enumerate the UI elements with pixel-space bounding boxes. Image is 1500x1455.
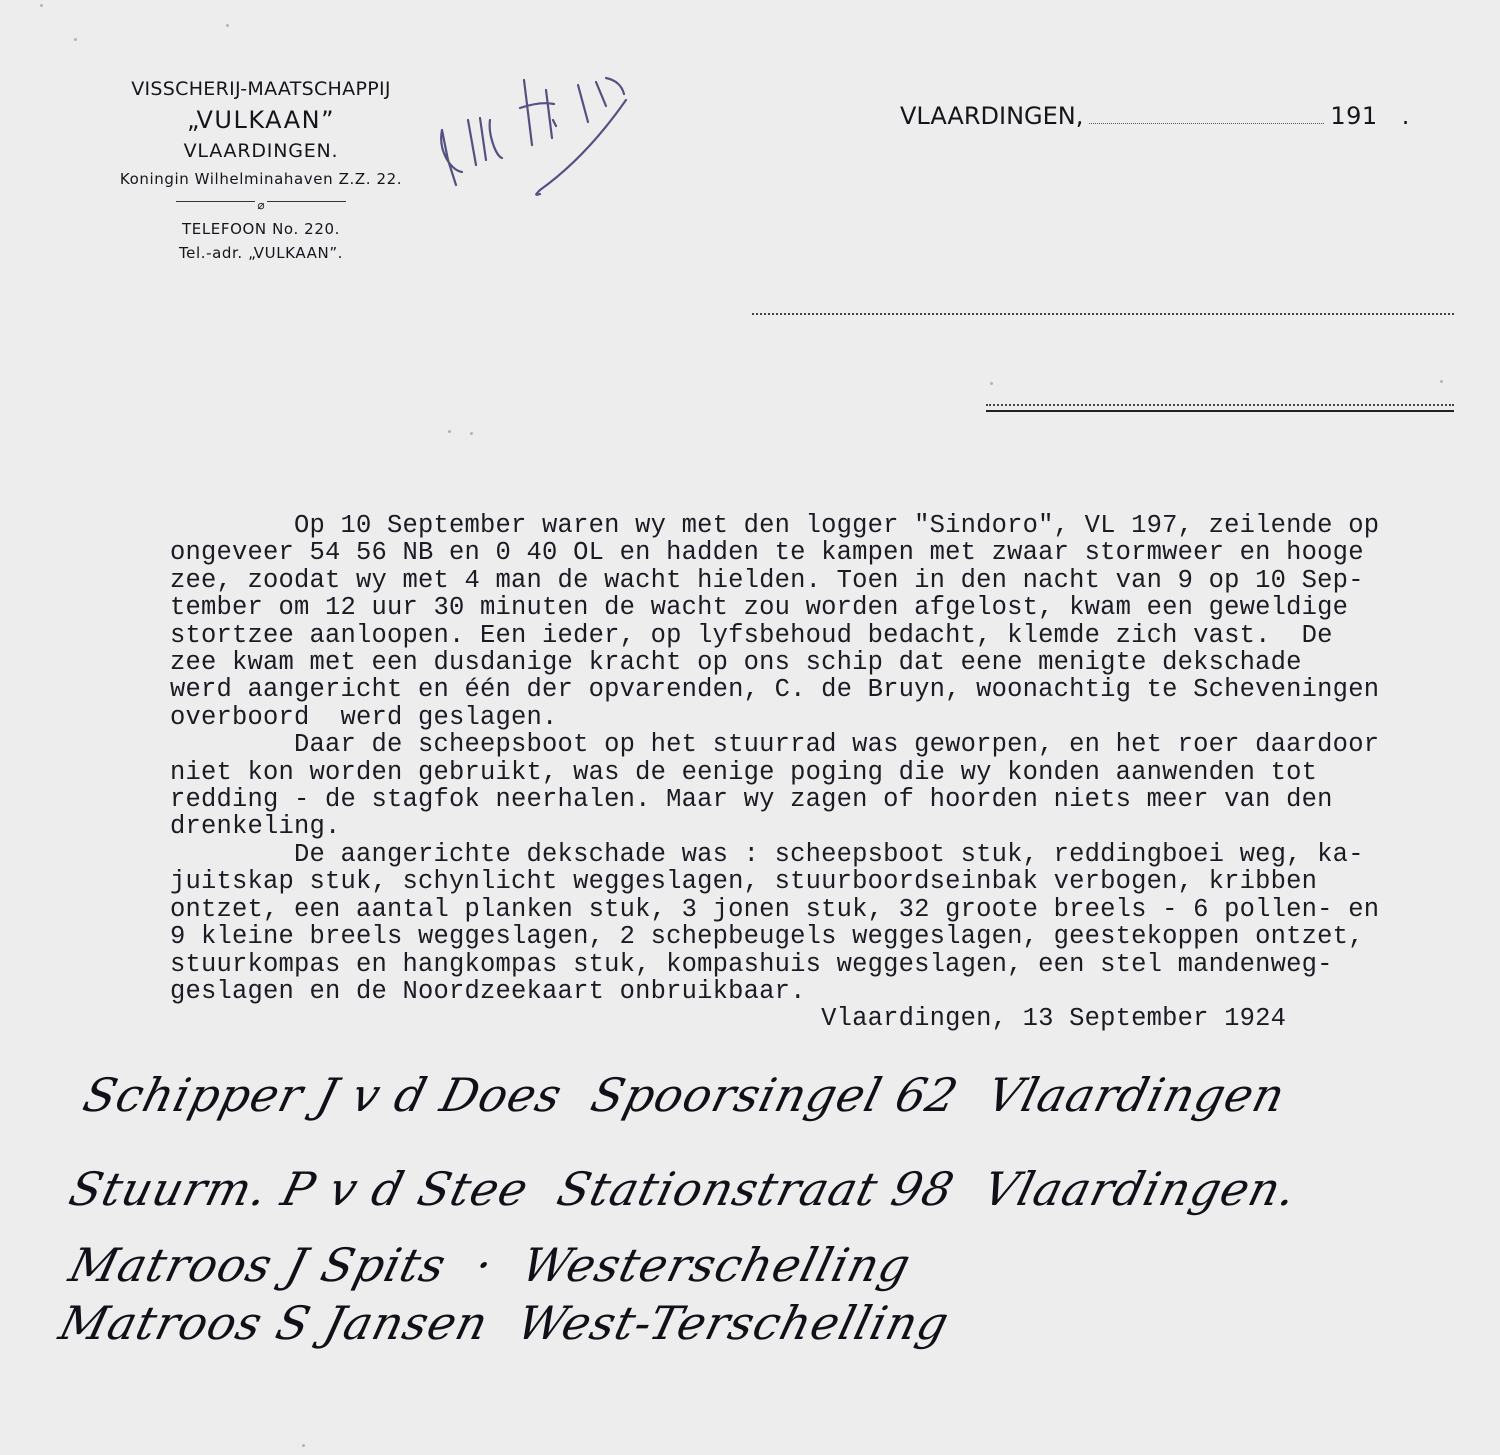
body-line: drenkeling.: [170, 813, 1470, 840]
body-line: Daar de scheepsboot op het stuurrad was …: [170, 731, 1470, 758]
body-line: ontzet, een aantal planken stuk, 3 jonen…: [170, 896, 1470, 923]
company-name: „VULKAAN”: [96, 106, 426, 134]
date-fill-line: [1089, 109, 1324, 124]
company-address: Koningin Wilhelminahaven Z.Z. 22.: [96, 170, 426, 188]
date-year-prefix: 191: [1330, 102, 1377, 130]
scan-speck: [990, 382, 993, 385]
body-line: stortzee aanloopen. Een ieder, op lyfsbe…: [170, 622, 1470, 649]
body-line: tember om 12 uur 30 minuten de wacht zou…: [170, 594, 1470, 621]
addressee-line-1: [752, 313, 1454, 315]
scan-speck: [226, 24, 229, 27]
signature-skipper: Schipper J v d Does Spoorsingel 62 Vlaar…: [78, 1068, 1291, 1122]
scan-speck: [1440, 380, 1443, 383]
body-line: stuurkompas en hangkompas stuk, kompashu…: [170, 951, 1470, 978]
body-line: De aangerichte dekschade was : scheepsbo…: [170, 841, 1470, 868]
letterhead: VISSCHERIJ-MAATSCHAPPIJ „VULKAAN” VLAARD…: [96, 74, 426, 262]
body-line: zee kwam met een dusdanige kracht op ons…: [170, 649, 1470, 676]
date-line: VLAARDINGEN, 191 .: [900, 102, 1460, 130]
addressee-line-2: [986, 404, 1454, 406]
date-period: .: [1402, 102, 1410, 130]
letter-body: Op 10 September waren wy met den logger …: [170, 512, 1470, 1033]
scan-speck: [74, 38, 77, 41]
scan-speck: [302, 1444, 305, 1447]
date-city: VLAARDINGEN,: [900, 102, 1083, 130]
addressee-underline: [986, 410, 1454, 412]
pencil-annotation: [428, 60, 638, 200]
body-line: overboord werd geslagen.: [170, 704, 1470, 731]
ornamental-divider: ⌀: [176, 194, 346, 208]
body-line: Op 10 September waren wy met den logger …: [170, 512, 1470, 539]
company-type: VISSCHERIJ-MAATSCHAPPIJ: [96, 78, 426, 100]
body-line: niet kon worden gebruikt, was de eenige …: [170, 759, 1470, 786]
closing-place-date: Vlaardingen, 13 September 1924: [170, 1005, 1470, 1032]
company-telegraph-address: Tel.-adr. „VULKAAN”.: [96, 244, 426, 262]
body-line: geslagen en de Noordzeekaart onbruikbaar…: [170, 978, 1470, 1005]
divider-ornament-icon: ⌀: [255, 198, 266, 212]
signature-mate: Stuurm. P v d Stee Stationstraat 98 Vlaa…: [64, 1162, 1303, 1216]
signature-sailor-2: Matroos S Jansen West-Terschelling: [54, 1296, 955, 1350]
body-line: 9 kleine breels weggeslagen, 2 schepbeug…: [170, 923, 1470, 950]
body-line: juitskap stuk, schynlicht weggeslagen, s…: [170, 868, 1470, 895]
scan-speck: [40, 4, 43, 7]
body-line: redding - de stagfok neerhalen. Maar wy …: [170, 786, 1470, 813]
body-line: ongeveer 54 56 NB en 0 40 OL en hadden t…: [170, 539, 1470, 566]
company-phone: TELEFOON No. 220.: [96, 220, 426, 238]
signature-sailor-1: Matroos J Spits · Westerschelling: [64, 1238, 917, 1292]
body-line: zee, zoodat wy met 4 man de wacht hielde…: [170, 567, 1470, 594]
company-city: VLAARDINGEN.: [96, 140, 426, 162]
scan-speck: [448, 430, 451, 433]
body-line: werd aangericht en één der opvarenden, C…: [170, 676, 1470, 703]
scan-speck: [470, 432, 473, 435]
